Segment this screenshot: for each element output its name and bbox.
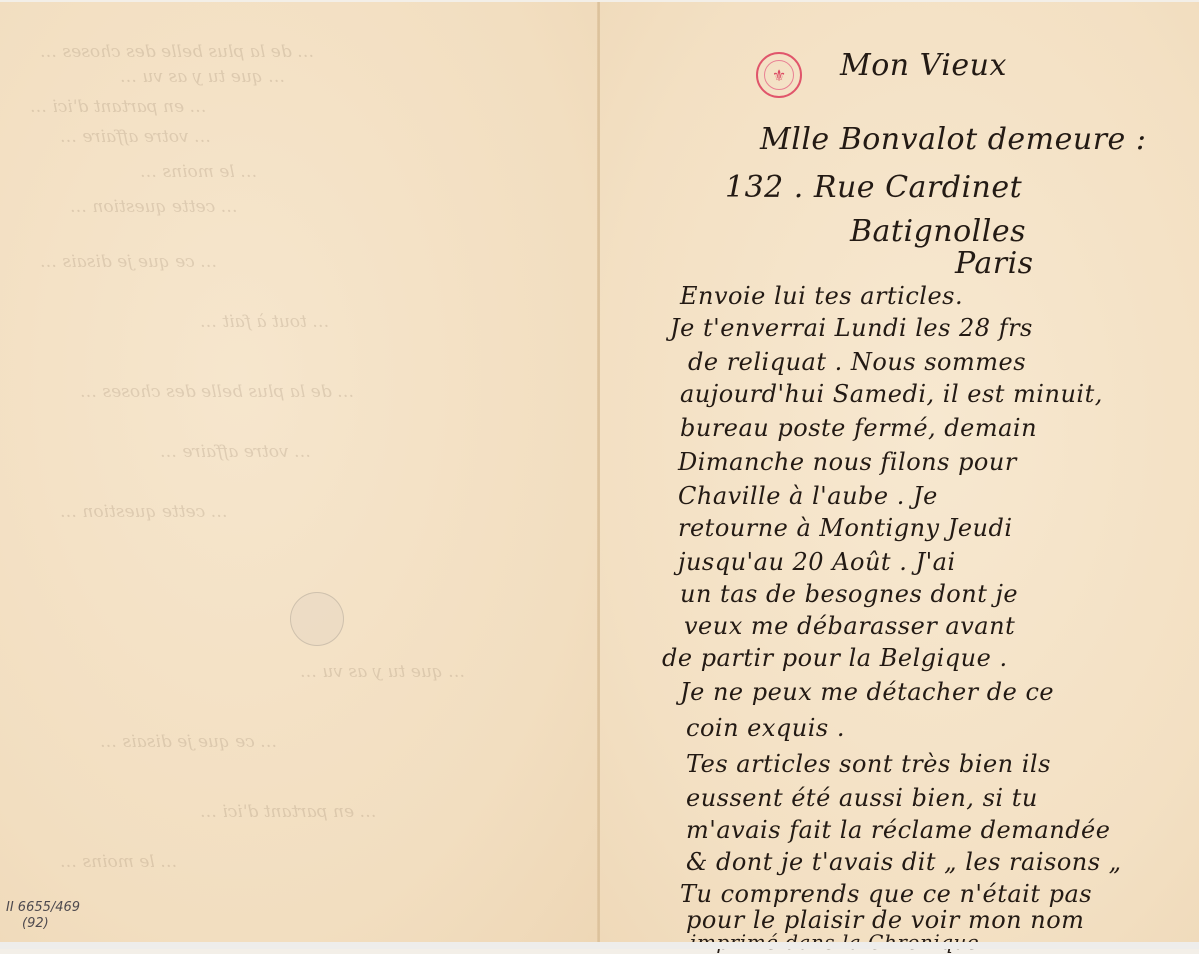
- library-stamp-icon: ⚜: [756, 52, 802, 98]
- body-line: Je t'enverrai Lundi les 28 frs: [670, 314, 1033, 342]
- body-line: & dont je t'avais dit „ les raisons „: [686, 848, 1122, 876]
- bleed-through-text: … ce que je disais …: [40, 252, 217, 272]
- left-page: … de la plus belle des choses … … que tu…: [0, 2, 598, 942]
- shelfmark: II 6655/469 (92): [6, 900, 80, 932]
- address-line-3: Batignolles: [850, 214, 1026, 249]
- body-line: coin exquis .: [686, 714, 845, 742]
- bleed-through-text: … le moins …: [60, 852, 177, 872]
- bleed-through-text: … ce que je disais …: [100, 732, 277, 752]
- salutation: Mon Vieux: [840, 48, 1007, 83]
- shelfmark-folio: (92): [6, 916, 80, 932]
- bleed-through-text: … le moins …: [140, 162, 257, 182]
- body-line: Dimanche nous filons pour: [678, 448, 1017, 476]
- body-line: aujourd'hui Samedi, il est minuit,: [680, 380, 1103, 408]
- address-line-4: Paris: [955, 246, 1034, 281]
- body-line: m'avais fait la réclame demandée: [686, 816, 1110, 844]
- bleed-through-text: … votre affaire …: [60, 127, 211, 147]
- bleed-through-text: … votre affaire …: [160, 442, 311, 462]
- bleed-through-text: … cette question …: [60, 502, 228, 522]
- body-line: de partir pour la Belgique .: [662, 644, 1008, 672]
- body-line: retourne à Montigny Jeudi: [678, 514, 1013, 542]
- body-line: bureau poste fermé, demain: [680, 414, 1037, 442]
- address-line-1: Mlle Bonvalot demeure :: [760, 122, 1146, 157]
- body-line: Tes articles sont très bien ils: [686, 750, 1051, 778]
- bleed-through-text: … de la plus belle des choses …: [80, 382, 354, 402]
- body-line: eussent été aussi bien, si tu: [686, 784, 1038, 812]
- bleed-through-text: … de la plus belle des choses …: [40, 42, 314, 62]
- body-line: Envoie lui tes articles.: [680, 282, 963, 310]
- bleed-through-text: … que tu y as vu …: [120, 67, 285, 87]
- body-line: Je ne peux me détacher de ce: [680, 678, 1054, 706]
- scan-border: [0, 942, 1199, 949]
- letter-scan: … de la plus belle des choses … … que tu…: [0, 2, 1199, 942]
- body-line: veux me débarasser avant: [684, 612, 1015, 640]
- body-line: un tas de besognes dont je: [680, 580, 1018, 608]
- bleed-through-text: … tout à fait …: [200, 312, 329, 332]
- faint-stamp-icon: [290, 592, 344, 646]
- shelfmark-number: II 6655/469: [6, 900, 80, 915]
- body-line: Chaville à l'aube . Je: [678, 482, 938, 510]
- bleed-through-text: … que tu y as vu …: [300, 662, 465, 682]
- body-line: Tu comprends que ce n'était pas: [680, 880, 1092, 908]
- bleed-through-text: … cette question …: [70, 197, 238, 217]
- address-line-2: 132 . Rue Cardinet: [725, 170, 1022, 205]
- bleed-through-text: … en partant d'ici …: [30, 97, 206, 117]
- bleed-through-text: … en partant d'ici …: [200, 802, 376, 822]
- body-line: de reliquat . Nous sommes: [688, 348, 1026, 376]
- body-line: jusqu'au 20 Août . J'ai: [678, 548, 956, 576]
- fleur-de-lis-icon: ⚜: [764, 60, 794, 90]
